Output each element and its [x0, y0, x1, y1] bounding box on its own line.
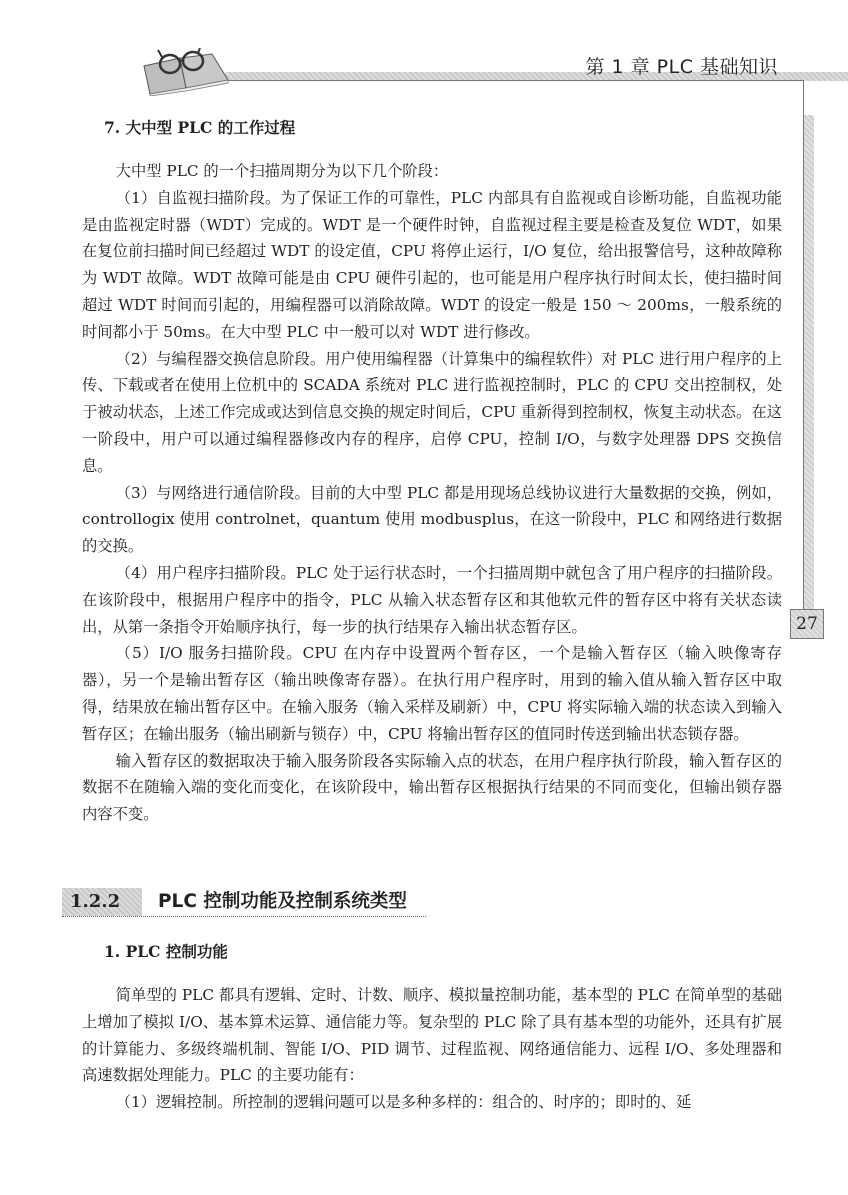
book-glasses-icon	[140, 48, 230, 96]
paragraph: （4）用户程序扫描阶段。PLC 处于运行状态时，一个扫描周期中就包含了用户程序的…	[82, 560, 782, 640]
header-rule	[222, 80, 804, 81]
paragraph: （1）自监视扫描阶段。为了保证工作的可靠性，PLC 内部具有自监视或自诊断功能，…	[82, 185, 782, 346]
paragraph: （5）I/O 服务扫描阶段。CPU 在内存中设置两个暂存区，一个是输入暂存区（输…	[82, 640, 782, 747]
paragraph: （3）与网络进行通信阶段。目前的大中型 PLC 都是用现场总线协议进行大量数据的…	[82, 480, 782, 560]
section-7-body: 7. 大中型 PLC 的工作过程 大中型 PLC 的一个扫描周期分为以下几个阶段…	[82, 116, 782, 828]
page-number: 27	[790, 609, 824, 639]
section-title: PLC 控制功能及控制系统类型	[158, 888, 407, 916]
section-heading: 1.2.2 PLC 控制功能及控制系统类型	[62, 888, 426, 916]
paragraph: 输入暂存区的数据取决于输入服务阶段各实际输入点的状态，在用户程序执行阶段，输入暂…	[82, 748, 782, 828]
subsection-heading: 7. 大中型 PLC 的工作过程	[104, 116, 782, 140]
paragraph: 大中型 PLC 的一个扫描周期分为以下几个阶段：	[82, 158, 782, 185]
section-underline	[62, 916, 426, 918]
section-122-body: 1. PLC 控制功能 简单型的 PLC 都具有逻辑、定时、计数、顺序、模拟量控…	[82, 940, 782, 1116]
paragraph: 简单型的 PLC 都具有逻辑、定时、计数、顺序、模拟量控制功能，基本型的 PLC…	[82, 982, 782, 1089]
paragraph: （2）与编程器交换信息阶段。用户使用编程器（计算集中的编程软件）对 PLC 进行…	[82, 346, 782, 480]
section-number: 1.2.2	[62, 888, 142, 916]
subsection-heading: 1. PLC 控制功能	[104, 940, 782, 964]
right-margin-shade	[804, 115, 814, 615]
paragraph: （1）逻辑控制。所控制的逻辑问题可以是多种多样的：组合的、时序的；即时的、延	[82, 1089, 782, 1116]
chapter-title: 第 1 章 PLC 基础知识	[585, 52, 778, 79]
